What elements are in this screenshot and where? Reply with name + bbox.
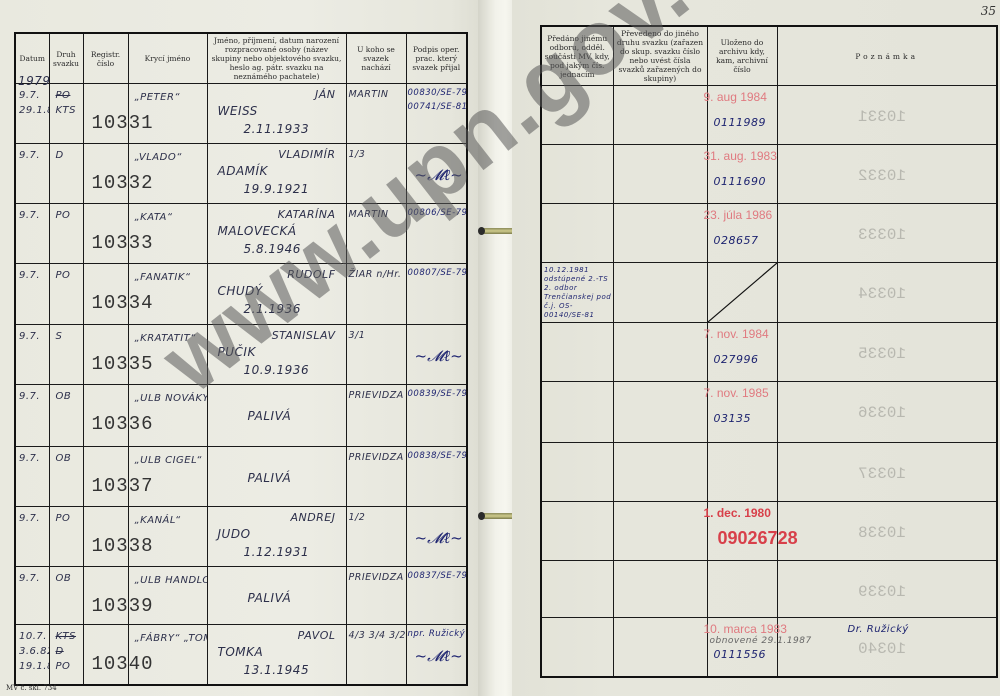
file-location: ŽIAR n/Hr. <box>349 269 402 280</box>
year-note: 1979 <box>18 74 51 88</box>
code-name: „FANATIK“ <box>135 272 191 283</box>
cell-podpis: npr. Ružický~𝓜ℓ~ <box>406 625 467 685</box>
cell-podpis: 00837/SE-79 <box>406 567 467 625</box>
code-name: „KRATATIT“ <box>135 333 196 344</box>
table-row: 9.7. PO 10338 „KANÁL“ ANDREJ JUDO 1.12.1… <box>15 507 467 567</box>
bleed-through-number: 10332 <box>858 167 906 185</box>
cell-jmeno: RUDOLF CHUDÝ 2.1.1936 <box>207 264 346 325</box>
entry-date: 9.7. <box>19 391 40 402</box>
officer-ref: 00830/SE-79 <box>408 88 468 98</box>
cell-kryci: „FANATIK“ <box>128 264 207 325</box>
cell-registr: 10333 <box>83 204 128 264</box>
table-row: 10.12.1981 odstúpené 2.-TS 2. odbor Tren… <box>541 263 997 323</box>
surname: PUČIK <box>218 345 256 359</box>
cell-podpis: 00839/SE-79 <box>406 385 467 447</box>
cell-poznamka: 10332 <box>777 145 997 204</box>
table-row: 9.7. PO 10333 „KATA“ KATARÍNA MALOVECKÁ … <box>15 204 467 264</box>
cell-registr: 10331 <box>83 84 128 144</box>
first-name: JÁN <box>315 88 336 101</box>
code-name: „PETER“ <box>135 92 181 103</box>
file-type: KTS <box>56 105 77 116</box>
cell-druh: KTSDPO <box>49 625 83 685</box>
cell-druh: OB <box>49 447 83 507</box>
entry-date: 9.7. <box>19 90 40 101</box>
header-poznamka: Poznámka <box>777 26 997 86</box>
cell-podpis: ~𝓜ℓ~ <box>406 325 467 385</box>
bleed-through-number: 10334 <box>858 285 906 303</box>
file-type: PO <box>56 270 71 281</box>
code-name: „KANÁL“ <box>135 515 181 526</box>
remark: Dr. Ružický <box>848 624 909 635</box>
cell-prevedeno <box>613 323 707 382</box>
cell-podpis: 00838/SE-79 <box>406 447 467 507</box>
archive-date-stamp: 10. marca 1983 <box>704 622 787 636</box>
register-table-right: Předáno jinému odboru, odděl. součásti M… <box>540 25 998 678</box>
archive-number: 028657 <box>714 234 759 247</box>
cell-registr: 10338 <box>83 507 128 567</box>
entry-date: 9.7. <box>19 270 40 281</box>
cell-druh: OB <box>49 385 83 447</box>
cell-kryci: „FÁBRY“ „TOMÁŠ“ <box>128 625 207 685</box>
cell-kryci: „KATA“ <box>128 204 207 264</box>
cell-ulozeno: 7. nov. 1985 03135 <box>707 382 777 443</box>
first-name: VLADIMÍR <box>278 148 335 161</box>
officer-ref: 00741/SE-81 <box>408 102 468 112</box>
entry-date: 9.7. <box>19 331 40 342</box>
table-row: 10. marca 1983 obnovené 29.1.1987 011155… <box>541 618 997 677</box>
cell-ulozeno: 9. aug 1984 0111989 <box>707 86 777 145</box>
surname: CHUDÝ <box>218 284 263 298</box>
cell-jmeno: ANDREJ JUDO 1.12.1931 <box>207 507 346 567</box>
table-row: 1. dec. 1980 09026728 10338 <box>541 502 997 561</box>
birth-date: 2.1.1936 <box>244 302 301 316</box>
archive-date-stamp: 9. aug 1984 <box>704 90 767 104</box>
cell-predano <box>541 618 613 677</box>
cell-registr: 10336 <box>83 385 128 447</box>
cell-podpis: ~𝓜ℓ~ <box>406 144 467 204</box>
cell-jmeno: KATARÍNA MALOVECKÁ 5.8.1946 <box>207 204 346 264</box>
file-location: PRIEVIDZA <box>349 452 404 463</box>
table-row: 9.7. S 10335 „KRATATIT“ STANISLAV PUČIK … <box>15 325 467 385</box>
cell-prevedeno <box>613 263 707 323</box>
bleed-through-number: 10333 <box>858 226 906 244</box>
table-row: 31. aug. 1983 0111690 10332 <box>541 145 997 204</box>
file-type: OB <box>56 453 72 464</box>
cell-jmeno: PALIVÁ <box>207 385 346 447</box>
transfer-note: 10.12.1981 odstúpené 2.-TS 2. odbor Tren… <box>544 266 612 320</box>
cell-druh: PO <box>49 264 83 325</box>
cancel-diagonal <box>708 263 777 322</box>
cell-u-koho: 4/3 3/4 3/2 3/1 <box>346 625 406 685</box>
header-predano: Předáno jinému odboru, odděl. součásti M… <box>541 26 613 86</box>
cell-podpis: 00807/SE-79 <box>406 264 467 325</box>
file-type: S <box>56 331 63 342</box>
archive-date-stamp: 1. dec. 1980 <box>704 506 771 520</box>
cell-predano <box>541 382 613 443</box>
cell-u-koho: ŽIAR n/Hr. <box>346 264 406 325</box>
birth-date: 2.11.1933 <box>244 122 310 136</box>
cell-jmeno: PALIVÁ <box>207 567 346 625</box>
file-type: KTS <box>56 631 77 642</box>
cell-podpis: 00830/SE-7900741/SE-81 <box>406 84 467 144</box>
code-name: „ULB CIGEL“ <box>135 455 202 466</box>
cell-datum: 9.7. <box>15 325 49 385</box>
file-type: PO <box>56 513 71 524</box>
archive-number: 0111690 <box>714 175 767 188</box>
cell-u-koho: 1/2 <box>346 507 406 567</box>
cell-ulozeno: 10. marca 1983 obnovené 29.1.1987 011155… <box>707 618 777 677</box>
entry-date: 9.7. <box>19 453 40 464</box>
cell-ulozeno <box>707 443 777 502</box>
file-location: 1/2 <box>349 512 366 523</box>
signature: ~𝓜ℓ~ <box>415 166 463 185</box>
archive-date-stamp: 23. júla 1986 <box>704 208 773 222</box>
archive-number: 0111556 <box>714 648 767 661</box>
register-table-left: Datum Druh svazku Registr. číslo Krycí j… <box>14 32 468 686</box>
entry-date: 9.7. <box>19 210 40 221</box>
archive-number: 03135 <box>714 412 752 425</box>
header-druh: Druh svazku <box>49 33 83 84</box>
cell-datum: 9.7. <box>15 385 49 447</box>
cell-predano <box>541 502 613 561</box>
archive-number: 0111989 <box>714 116 767 129</box>
cell-datum: 10.7.3.6.8219.1.87 <box>15 625 49 685</box>
bleed-through-number: 10335 <box>858 345 906 363</box>
cell-kryci: „ULB CIGEL“ <box>128 447 207 507</box>
cell-druh: OB <box>49 567 83 625</box>
cell-druh: PO <box>49 204 83 264</box>
cell-kryci: „KRATATIT“ <box>128 325 207 385</box>
first-name: STANISLAV <box>272 329 336 342</box>
signature: ~𝓜ℓ~ <box>415 529 463 548</box>
first-name: RUDOLF <box>287 268 335 281</box>
right-page: 35 Předáno jinému odboru, odděl. součást… <box>512 0 1000 696</box>
cell-ulozeno <box>707 263 777 323</box>
signature: ~𝓜ℓ~ <box>415 347 463 366</box>
header-u-koho: U koho se svazek nachází <box>346 33 406 84</box>
header-kryci: Krycí jméno <box>128 33 207 84</box>
officer-ref: 00837/SE-79 <box>408 571 468 581</box>
cell-poznamka: 10335 <box>777 323 997 382</box>
cell-u-koho: PRIEVIDZA <box>346 447 406 507</box>
table-row: 9.7. OB 10337 „ULB CIGEL“ PALIVÁ PRIEVID… <box>15 447 467 507</box>
entry-date: 19.1.87 <box>19 661 49 672</box>
cell-datum: 9.7. <box>15 144 49 204</box>
bleed-through-number: 10331 <box>858 108 906 126</box>
cell-druh: POKTS <box>49 84 83 144</box>
table-row: 10337 <box>541 443 997 502</box>
entry-date: 9.7. <box>19 513 40 524</box>
header-row: Předáno jinému odboru, odděl. součásti M… <box>541 26 997 86</box>
file-location: MARTIN <box>349 209 389 220</box>
file-type: PO <box>56 210 71 221</box>
officer-ref: 00806/SE-79 <box>408 208 468 218</box>
cell-jmeno: PAVOL TOMKA 13.1.1945 <box>207 625 346 685</box>
cell-druh: S <box>49 325 83 385</box>
code-name: „FÁBRY“ „TOMÁŠ“ <box>135 633 208 644</box>
archive-date-stamp: 7. nov. 1984 <box>704 327 769 341</box>
birth-date: 1.12.1931 <box>244 545 310 559</box>
table-row: 7. nov. 1984 027996 10335 <box>541 323 997 382</box>
birth-date: 5.8.1946 <box>244 242 301 256</box>
cell-datum: 9.7. <box>15 204 49 264</box>
cell-predano <box>541 443 613 502</box>
cell-registr: 10339 <box>83 567 128 625</box>
officer-ref: 00807/SE-79 <box>408 268 468 278</box>
file-location: 3/1 <box>349 330 366 341</box>
file-type: PO <box>56 90 71 101</box>
cell-datum: 9.7. <box>15 507 49 567</box>
form-code: MV č. skl. 734 <box>6 684 57 692</box>
first-name: PAVOL <box>298 629 336 642</box>
cell-u-koho: MARTIN <box>346 204 406 264</box>
code-name: „KATA“ <box>135 212 173 223</box>
table-row: 10.7.3.6.8219.1.87 KTSDPO 10340 „FÁBRY“ … <box>15 625 467 685</box>
signature: ~𝓜ℓ~ <box>415 647 463 666</box>
file-location: PRIEVIDZA <box>349 572 404 583</box>
cell-prevedeno <box>613 382 707 443</box>
cell-registr: 10334 <box>83 264 128 325</box>
cell-podpis: 00806/SE-79 <box>406 204 467 264</box>
entry-date: 9.7. <box>19 573 40 584</box>
archive-number: 027996 <box>714 353 759 366</box>
first-name: ANDREJ <box>290 511 335 524</box>
header-ulozeno: Uloženo do archivu kdy, kam, archivní čí… <box>707 26 777 86</box>
cell-kryci: „PETER“ <box>128 84 207 144</box>
cell-kryci: „KANÁL“ <box>128 507 207 567</box>
file-location: 4/3 3/4 3/2 3/1 <box>349 630 407 641</box>
file-type: OB <box>56 391 72 402</box>
entry-date: 3.6.82 <box>19 646 49 657</box>
archive-date-stamp: 31. aug. 1983 <box>704 149 777 163</box>
bleed-through-number: 10339 <box>858 583 906 601</box>
entry-date: 29.1.81 <box>19 105 49 116</box>
cell-registr: 10340 <box>83 625 128 685</box>
surname: ADAMÍK <box>218 164 268 178</box>
file-location: PRIEVIDZA <box>349 390 404 401</box>
cell-predano <box>541 145 613 204</box>
cell-ulozeno: 23. júla 1986 028657 <box>707 204 777 263</box>
table-row: 7. nov. 1985 03135 10336 <box>541 382 997 443</box>
birth-date: 10.9.1936 <box>244 363 310 377</box>
page-number: 35 <box>981 4 996 18</box>
cell-prevedeno <box>613 204 707 263</box>
cell-ulozeno: 7. nov. 1984 027996 <box>707 323 777 382</box>
header-row: Datum Druh svazku Registr. číslo Krycí j… <box>15 33 467 84</box>
cell-datum: 9.7. <box>15 264 49 325</box>
cell-prevedeno <box>613 86 707 145</box>
cell-kryci: „ULB HANDLOVÁ“ <box>128 567 207 625</box>
header-prevedeno: Převedeno do jiného druhu svazku (zařaze… <box>613 26 707 86</box>
birth-date: 13.1.1945 <box>244 663 310 677</box>
cell-u-koho: 1/3 <box>346 144 406 204</box>
cell-prevedeno <box>613 502 707 561</box>
left-page: Datum Druh svazku Registr. číslo Krycí j… <box>0 0 500 696</box>
surname: WEISS <box>218 104 258 118</box>
cell-druh: D <box>49 144 83 204</box>
table-row: 10339 <box>541 561 997 618</box>
table-row: 9. aug 1984 0111989 10331 <box>541 86 997 145</box>
surname: PALIVÁ <box>248 471 292 485</box>
surname: PALIVÁ <box>248 591 292 605</box>
cell-predano <box>541 86 613 145</box>
cell-datum: 9.7. <box>15 447 49 507</box>
cell-poznamka: 10331 <box>777 86 997 145</box>
surname: JUDO <box>218 527 251 541</box>
entry-date: 9.7. <box>19 150 40 161</box>
file-type: PO <box>56 661 71 672</box>
cell-poznamka: 10338 <box>777 502 997 561</box>
cell-prevedeno <box>613 561 707 618</box>
cell-prevedeno <box>613 618 707 677</box>
cell-ulozeno: 1. dec. 1980 09026728 <box>707 502 777 561</box>
cell-registr: 10332 <box>83 144 128 204</box>
cell-prevedeno <box>613 145 707 204</box>
code-name: „VLADO“ <box>135 152 182 163</box>
code-name: „ULB HANDLOVÁ“ <box>135 575 208 586</box>
code-name: „ULB NOVÁKY“ <box>135 393 208 404</box>
bleed-through-number: 10336 <box>858 404 906 422</box>
cell-jmeno: JÁN WEISS 2.11.1933 <box>207 84 346 144</box>
officer-ref: 00839/SE-79 <box>408 389 468 399</box>
table-row: 9.7. PO 10334 „FANATIK“ RUDOLF CHUDÝ 2.1… <box>15 264 467 325</box>
first-name: KATARÍNA <box>278 208 336 221</box>
cell-podpis: ~𝓜ℓ~ <box>406 507 467 567</box>
file-location: 1/3 <box>349 149 366 160</box>
cell-predano <box>541 561 613 618</box>
birth-date: 19.9.1921 <box>244 182 310 196</box>
table-row: 9.7. OB 10339 „ULB HANDLOVÁ“ PALIVÁ PRIE… <box>15 567 467 625</box>
bleed-through-number: 10340 <box>858 640 906 658</box>
file-type: OB <box>56 573 72 584</box>
cell-druh: PO <box>49 507 83 567</box>
cell-datum: 9.7. <box>15 567 49 625</box>
archive-date-stamp: 7. nov. 1985 <box>704 386 769 400</box>
cell-jmeno: VLADIMÍR ADAMÍK 19.9.1921 <box>207 144 346 204</box>
table-row: 9.7. OB 10336 „ULB NOVÁKY“ PALIVÁ PRIEVI… <box>15 385 467 447</box>
cell-poznamka: 10336 <box>777 382 997 443</box>
cell-registr: 10335 <box>83 325 128 385</box>
cell-datum: 9.7.29.1.81 <box>15 84 49 144</box>
entry-date: 10.7. <box>19 631 47 642</box>
cell-u-koho: 3/1 <box>346 325 406 385</box>
file-location: MARTIN <box>349 89 389 100</box>
bleed-through-number: 10337 <box>858 465 906 483</box>
cell-kryci: „ULB NOVÁKY“ <box>128 385 207 447</box>
table-row: 9.7.29.1.81 POKTS 10331 „PETER“ JÁN WEIS… <box>15 84 467 144</box>
table-row: 23. júla 1986 028657 10333 <box>541 204 997 263</box>
cell-poznamka: 10337 <box>777 443 997 502</box>
cell-poznamka: 10333 <box>777 204 997 263</box>
cell-poznamka: Dr. Ružický 10340 <box>777 618 997 677</box>
cell-predano <box>541 204 613 263</box>
cell-prevedeno <box>613 443 707 502</box>
cell-poznamka: 10339 <box>777 561 997 618</box>
cell-u-koho: MARTIN <box>346 84 406 144</box>
file-type: D <box>56 646 64 657</box>
bleed-through-number: 10338 <box>858 524 906 542</box>
cell-u-koho: PRIEVIDZA <box>346 385 406 447</box>
officer-ref: npr. Ružický <box>408 629 466 639</box>
cell-registr: 10337 <box>83 447 128 507</box>
cell-ulozeno: 31. aug. 1983 0111690 <box>707 145 777 204</box>
surname: TOMKA <box>218 645 264 659</box>
cell-jmeno: PALIVÁ <box>207 447 346 507</box>
cell-predano: 10.12.1981 odstúpené 2.-TS 2. odbor Tren… <box>541 263 613 323</box>
cell-u-koho: PRIEVIDZA <box>346 567 406 625</box>
cell-kryci: „VLADO“ <box>128 144 207 204</box>
file-type: D <box>56 150 64 161</box>
table-row: 9.7. D 10332 „VLADO“ VLADIMÍR ADAMÍK 19.… <box>15 144 467 204</box>
cell-predano <box>541 323 613 382</box>
officer-ref: 00838/SE-79 <box>408 451 468 461</box>
header-jmeno: Jméno, příjmení, datum narození rozpraco… <box>207 33 346 84</box>
header-podpis: Podpis oper. prac. který svazek přijal <box>406 33 467 84</box>
cell-poznamka: 10334 <box>777 263 997 323</box>
header-registr: Registr. číslo <box>83 33 128 84</box>
surname: MALOVECKÁ <box>218 224 297 238</box>
cell-jmeno: STANISLAV PUČIK 10.9.1936 <box>207 325 346 385</box>
cell-ulozeno <box>707 561 777 618</box>
surname: PALIVÁ <box>248 409 292 423</box>
